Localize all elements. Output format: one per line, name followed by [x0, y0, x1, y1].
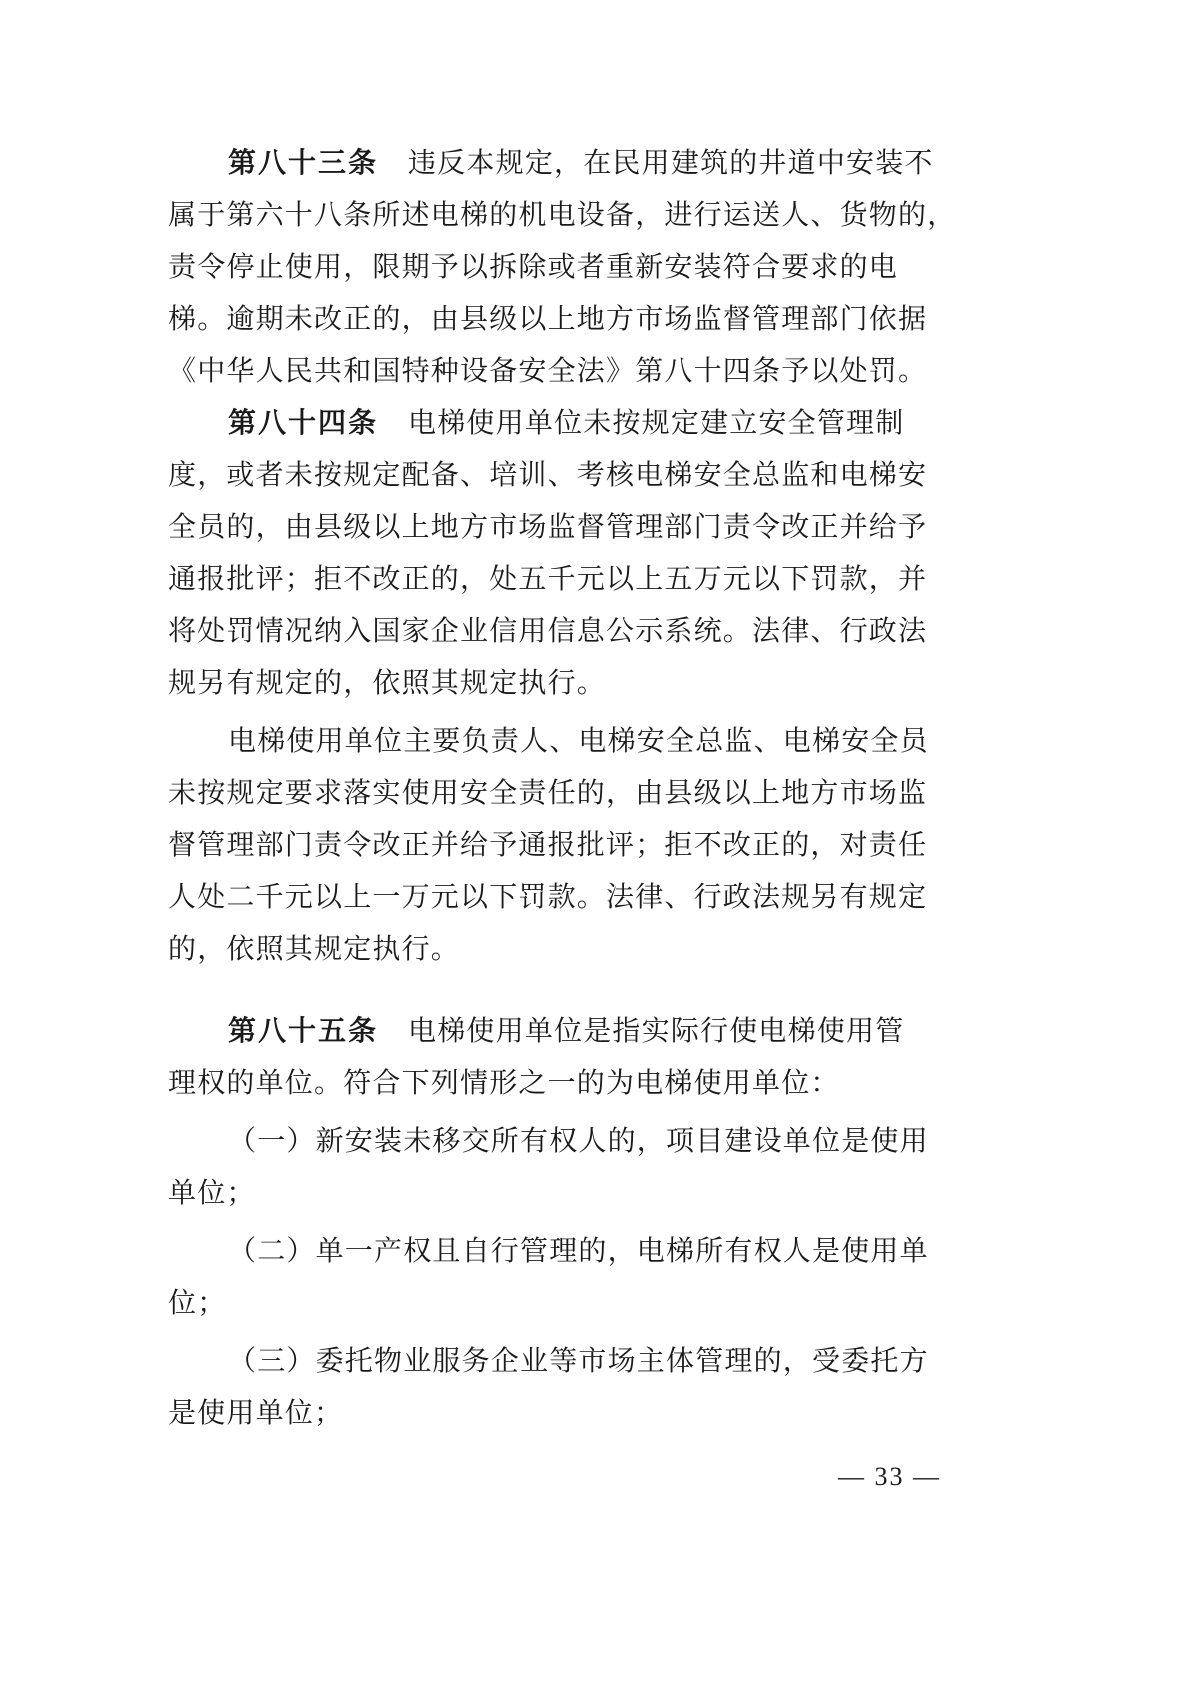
item-2-line-2: 位； — [168, 1283, 226, 1323]
article-84-line-4: 通报批评；拒不改正的，处五千元以上五万元以下罚款，并 — [168, 559, 927, 599]
article-84-line-1: 第八十四条电梯使用单位未按规定建立安全管理制 — [228, 403, 904, 443]
item-3-line-1: （三）委托物业服务企业等市场主体管理的，受委托方 — [228, 1341, 929, 1381]
article-83-heading: 第八十三条 — [228, 146, 378, 179]
article-83-line-4: 梯。逾期未改正的，由县级以上地方市场监督管理部门依据 — [168, 299, 927, 339]
item-1-line-1: （一）新安装未移交所有权人的，项目建设单位是使用 — [228, 1121, 929, 1161]
article-85-line-2: 理权的单位。符合下列情形之一的为电梯使用单位： — [168, 1063, 840, 1103]
para-3-line-2: 未按规定要求落实使用安全责任的，由县级以上地方市场监 — [168, 773, 927, 813]
article-84-line-3: 全员的，由县级以上地方市场监督管理部门责令改正并给予 — [168, 507, 927, 547]
item-3-line-2: 是使用单位； — [168, 1393, 343, 1433]
article-83-line-1: 第八十三条违反本规定，在民用建筑的井道中安装不 — [228, 143, 934, 183]
article-84-line-6: 规另有规定的，依照其规定执行。 — [168, 663, 606, 703]
para-3-line-1: 电梯使用单位主要负责人、电梯安全总监、电梯安全员 — [228, 721, 929, 761]
article-84-heading: 第八十四条 — [228, 406, 378, 439]
item-2-line-1: （二）单一产权且自行管理的，电梯所有权人是使用单 — [228, 1231, 929, 1271]
page-number: — 33 — — [838, 1462, 941, 1492]
item-1-line-2: 单位； — [168, 1173, 256, 1213]
article-85-heading: 第八十五条 — [228, 1014, 378, 1047]
article-83-line-3: 责令停止使用，限期予以拆除或者重新安装符合要求的电 — [168, 247, 898, 287]
article-84-line-2: 度，或者未按规定配备、培训、考核电梯安全总监和电梯安 — [168, 455, 927, 495]
para-3-line-4: 人处二千元以上一万元以下罚款。法律、行政法规另有规定 — [168, 877, 927, 917]
para-3-line-5: 的，依照其规定执行。 — [168, 929, 460, 969]
article-84-line-5: 将处罚情况纳入国家企业信用信息公示系统。法律、行政法 — [168, 611, 927, 651]
article-83-line-2: 属于第六十八条所述电梯的机电设备，进行运送人、货物的， — [168, 195, 956, 235]
article-85-line-1: 第八十五条电梯使用单位是指实际行使电梯使用管 — [228, 1011, 904, 1051]
para-3-line-3: 督管理部门责令改正并给予通报批评；拒不改正的，对责任 — [168, 825, 927, 865]
article-83-line-5: 《中华人民共和国特种设备安全法》第八十四条予以处罚。 — [168, 351, 927, 391]
